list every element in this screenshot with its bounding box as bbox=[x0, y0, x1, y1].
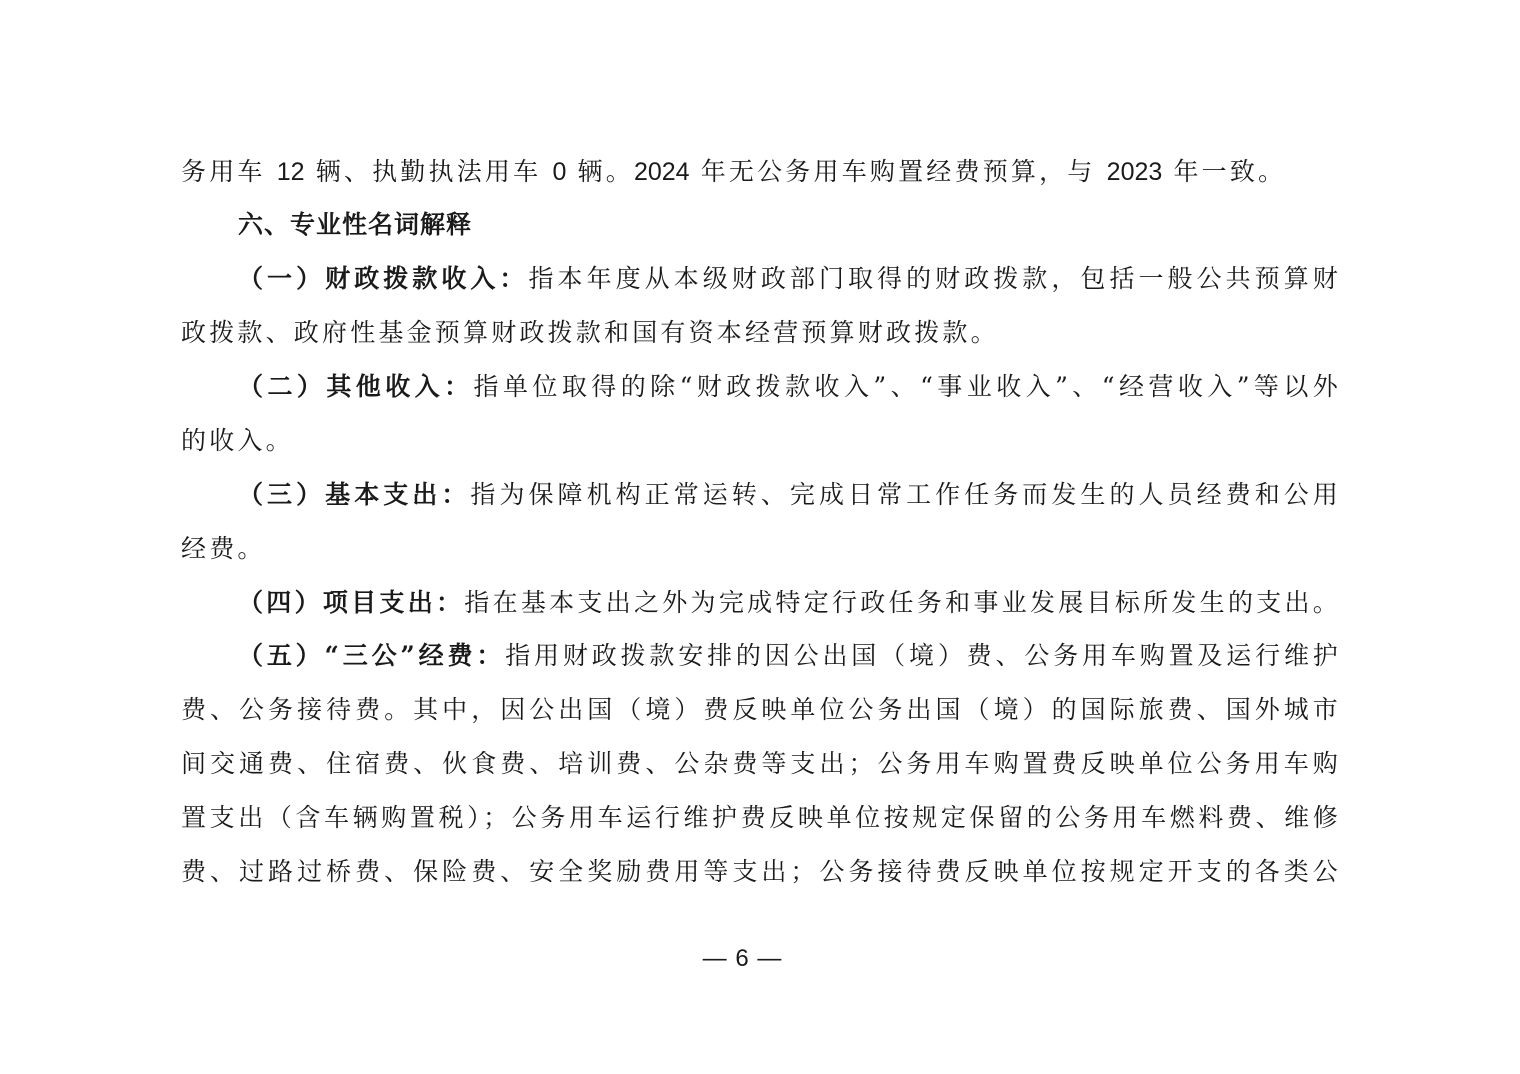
definition-three-public-expenses: （五）“三公”经费：指用财政拨款安排的因公出国（境）费、公务用车购置及运行维护 bbox=[238, 641, 1341, 671]
page-number: — 6 — bbox=[0, 945, 1485, 973]
paragraph-line: 经费。 bbox=[181, 534, 1341, 564]
vehicle-count-official: 12 bbox=[277, 158, 305, 186]
text-run: 年一致。 bbox=[1162, 157, 1286, 186]
text-run: 年无公务用车购置经费预算，与 bbox=[690, 157, 1107, 186]
paragraph-line: 置支出（含车辆购置税）；公务用车运行维护费反映单位按规定保留的公务用车燃料费、维… bbox=[181, 803, 1341, 833]
paragraph-line: 务用车 12 辆、执勤执法用车 0 辆。2024 年无公务用车购置经费预算，与 … bbox=[181, 157, 1341, 187]
definition-text: 指单位取得的除“财政拨款收入”、“事业收入”、“经营收入”等以外 bbox=[474, 372, 1341, 401]
year-2023: 2023 bbox=[1107, 158, 1163, 186]
definition-text: 指在基本支出之外为完成特定行政任务和事业发展目标所发生的支出。 bbox=[464, 588, 1341, 617]
paragraph-line: 政拨款、政府性基金预算财政拨款和国有资本经营预算财政拨款。 bbox=[181, 318, 1341, 348]
term-label: （五）“三公”经费： bbox=[238, 641, 505, 670]
definition-text: 指用财政拨款安排的因公出国（境）费、公务用车购置及运行维护 bbox=[505, 641, 1341, 670]
text-run: 务用车 bbox=[181, 157, 277, 186]
section-heading: 六、专业性名词解释 bbox=[238, 210, 1341, 240]
paragraph-line: 间交通费、住宿费、伙食费、培训费、公杂费等支出；公务用车购置费反映单位公务用车购 bbox=[181, 749, 1341, 779]
definition-text: 指本年度从本级财政部门取得的财政拨款，包括一般公共预算财 bbox=[528, 264, 1341, 293]
definition-financial-appropriation: （一）财政拨款收入：指本年度从本级财政部门取得的财政拨款，包括一般公共预算财 bbox=[238, 264, 1341, 294]
term-label: （一）财政拨款收入： bbox=[238, 264, 528, 293]
paragraph-line: 的收入。 bbox=[181, 426, 1341, 456]
definition-other-income: （二）其他收入：指单位取得的除“财政拨款收入”、“事业收入”、“经营收入”等以外 bbox=[238, 372, 1341, 402]
definition-text: 指为保障机构正常运转、完成日常工作任务而发生的人员经费和公用 bbox=[470, 480, 1341, 509]
paragraph-line: 费、公务接待费。其中，因公出国（境）费反映单位公务出国（境）的国际旅费、国外城市 bbox=[181, 695, 1341, 725]
term-label: （二）其他收入： bbox=[238, 372, 474, 401]
paragraph-line: 费、过路过桥费、保险费、安全奖励费用等支出；公务接待费反映单位按规定开支的各类公 bbox=[181, 857, 1341, 887]
year-2024: 2024 bbox=[634, 158, 690, 186]
definition-project-expenditure: （四）项目支出：指在基本支出之外为完成特定行政任务和事业发展目标所发生的支出。 bbox=[238, 588, 1341, 618]
text-run: 辆。 bbox=[566, 157, 634, 186]
term-label: （四）项目支出： bbox=[238, 588, 464, 617]
document-page: 务用车 12 辆、执勤执法用车 0 辆。2024 年无公务用车购置经费预算，与 … bbox=[0, 0, 1520, 1074]
vehicle-count-enforcement: 0 bbox=[552, 158, 566, 186]
text-run: 辆、执勤执法用车 bbox=[305, 157, 553, 186]
definition-basic-expenditure: （三）基本支出：指为保障机构正常运转、完成日常工作任务而发生的人员经费和公用 bbox=[238, 480, 1341, 510]
term-label: （三）基本支出： bbox=[238, 480, 470, 509]
